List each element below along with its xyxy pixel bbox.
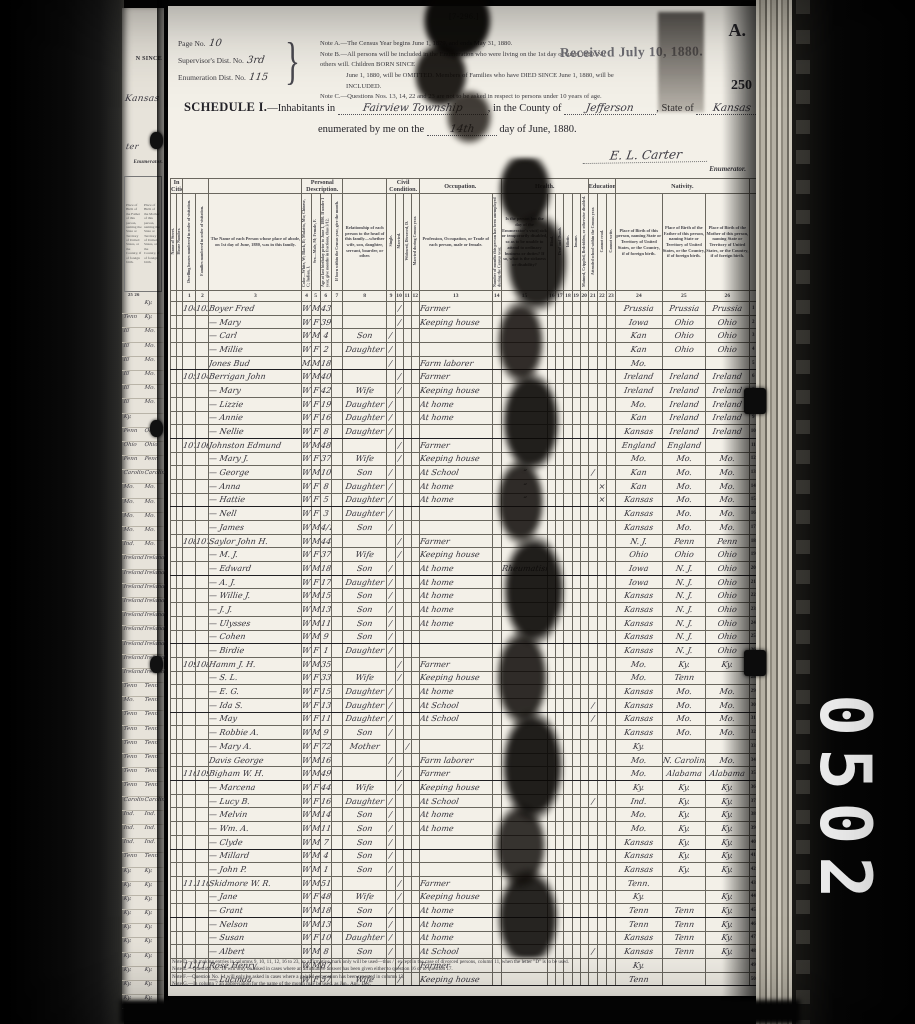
prev-entry: Ind. bbox=[121, 839, 144, 852]
cell-pf: Mo. bbox=[662, 521, 706, 535]
cell-re: Wife bbox=[342, 384, 387, 398]
cell-bm bbox=[331, 781, 342, 795]
cell-sx: M bbox=[311, 904, 320, 918]
cell-cw bbox=[606, 931, 615, 945]
cell-as bbox=[588, 521, 597, 535]
cell-cr: × bbox=[597, 493, 606, 507]
cell-dw bbox=[183, 589, 196, 603]
cell-bm bbox=[331, 507, 342, 521]
cell-nm: — Annie bbox=[209, 411, 302, 425]
cell-dw bbox=[183, 835, 196, 849]
cell-m1: / bbox=[395, 302, 403, 316]
cell-fa bbox=[196, 753, 209, 767]
prev-entry: Penn bbox=[121, 428, 144, 441]
prev-entry: Mo. bbox=[121, 527, 144, 540]
cell-ag: 9 bbox=[320, 630, 331, 644]
cell-bm bbox=[331, 698, 342, 712]
cell-pb: Kansas bbox=[616, 507, 663, 521]
prev-entry: Ky. bbox=[121, 910, 144, 923]
ink-blot-top bbox=[396, 0, 514, 152]
footnote: Note E.—Question No. 18 will only be ask… bbox=[172, 966, 742, 973]
cell-ag: 18 bbox=[320, 356, 331, 370]
cell-nm: Skidmore W. R. bbox=[209, 876, 302, 890]
cell-co: W bbox=[302, 589, 311, 603]
cell-as bbox=[588, 917, 597, 931]
cell-co: W bbox=[302, 644, 311, 658]
cell-fa bbox=[196, 616, 209, 630]
prev-entry: Ireland bbox=[121, 669, 144, 682]
cell-s1: / bbox=[387, 753, 395, 767]
cell-nm: — Hattie bbox=[209, 493, 302, 507]
cell-s1 bbox=[387, 781, 395, 795]
cell-re: Daughter bbox=[342, 479, 387, 493]
cell-bm bbox=[331, 945, 342, 959]
column-group-header: In Cities. bbox=[171, 179, 183, 194]
cell-pb: Kan bbox=[616, 479, 663, 493]
cell-y1 bbox=[411, 479, 419, 493]
cell-fa bbox=[196, 740, 209, 754]
cell-m1: / bbox=[395, 767, 403, 781]
cell-fa bbox=[196, 397, 209, 411]
cell-fa: 108 bbox=[196, 657, 209, 671]
cell-pb: Mo. bbox=[616, 397, 663, 411]
cell-pf bbox=[662, 890, 706, 904]
cell-m1 bbox=[395, 479, 403, 493]
cell-pb: Mo. bbox=[616, 767, 663, 781]
cell-w1 bbox=[403, 575, 411, 589]
cell-pf: N. J. bbox=[662, 630, 706, 644]
cell-re bbox=[342, 315, 387, 329]
cell-m1 bbox=[395, 685, 403, 699]
cell-nm: — Lizzie bbox=[209, 397, 302, 411]
cell-nm: — J. J. bbox=[209, 603, 302, 617]
cell-re: Daughter bbox=[342, 794, 387, 808]
cell-pb: Kansas bbox=[616, 863, 663, 877]
cell-nm: — Cohen bbox=[209, 630, 302, 644]
cell-s1: / bbox=[387, 562, 395, 576]
supervisor-value: 3rd bbox=[246, 55, 265, 66]
cell-s1: / bbox=[387, 493, 395, 507]
cell-fa bbox=[196, 863, 209, 877]
cell-re: Son bbox=[342, 904, 387, 918]
cell-w1 bbox=[403, 534, 411, 548]
cell-cr bbox=[597, 343, 606, 357]
cell-pb: Tenn bbox=[616, 917, 663, 931]
cell-bm bbox=[331, 740, 342, 754]
cell-co: W bbox=[302, 315, 311, 329]
cell-re: Wife bbox=[342, 890, 387, 904]
cell-dw bbox=[183, 425, 196, 439]
cell-cr bbox=[597, 726, 606, 740]
cell-pf: Mo. bbox=[662, 479, 706, 493]
cell-cw bbox=[606, 753, 615, 767]
cell-bm bbox=[331, 343, 342, 357]
prev-entry: Tenn bbox=[121, 683, 144, 696]
cell-co: W bbox=[302, 671, 311, 685]
cell-m1 bbox=[395, 630, 403, 644]
cell-sx: F bbox=[311, 548, 320, 562]
cell-bm bbox=[331, 302, 342, 316]
cell-y1 bbox=[411, 657, 419, 671]
column-header-bm: If born within the Census year, give the… bbox=[331, 194, 342, 291]
cell-sx: M bbox=[311, 753, 320, 767]
cell-as bbox=[588, 493, 597, 507]
cell-co: W bbox=[302, 521, 311, 535]
column-number: 10 bbox=[395, 291, 403, 302]
cell-s1: / bbox=[387, 904, 395, 918]
cell-re: Wife bbox=[342, 548, 387, 562]
cell-bm bbox=[331, 425, 342, 439]
cell-nm: — Jane bbox=[209, 890, 302, 904]
prev-entry: Ill bbox=[121, 343, 144, 356]
cell-pf: Mo. bbox=[662, 452, 706, 466]
cell-as bbox=[588, 411, 597, 425]
cell-s1: / bbox=[387, 397, 395, 411]
cell-w1 bbox=[403, 822, 411, 836]
cell-pf: Mo. bbox=[662, 493, 706, 507]
prev-entry: Tenn bbox=[121, 314, 144, 327]
prev-entry: Ill bbox=[121, 357, 144, 370]
cell-as bbox=[588, 630, 597, 644]
cell-pb: Mo. bbox=[616, 356, 663, 370]
cell-pf bbox=[662, 876, 706, 890]
cell-y1 bbox=[411, 863, 419, 877]
cell-cr bbox=[597, 794, 606, 808]
cell-dw bbox=[183, 671, 196, 685]
cell-dw bbox=[183, 753, 196, 767]
cell-co: W bbox=[302, 876, 311, 890]
cell-co: W bbox=[302, 904, 311, 918]
column-header-pb: Place of Birth of this person, naming St… bbox=[616, 194, 663, 291]
cell-pb: Mo. bbox=[616, 822, 663, 836]
cell-fa bbox=[196, 890, 209, 904]
cell-cr: × bbox=[597, 479, 606, 493]
cell-pf: Tenn bbox=[662, 904, 706, 918]
cell-pf: Ireland bbox=[662, 397, 706, 411]
cell-co: W bbox=[302, 945, 311, 959]
cell-sx: F bbox=[311, 740, 320, 754]
cell-y1 bbox=[411, 493, 419, 507]
cell-bm bbox=[331, 630, 342, 644]
cell-dw bbox=[183, 493, 196, 507]
cell-sx: F bbox=[311, 315, 320, 329]
cell-bm bbox=[331, 671, 342, 685]
cell-re: Daughter bbox=[342, 411, 387, 425]
cell-y1 bbox=[411, 630, 419, 644]
cell-nm: — Anna bbox=[209, 479, 302, 493]
cell-bm bbox=[331, 890, 342, 904]
cell-s1: / bbox=[387, 521, 395, 535]
cell-sx: F bbox=[311, 411, 320, 425]
cell-as bbox=[588, 890, 597, 904]
cell-bm bbox=[331, 466, 342, 480]
cell-ag: 18 bbox=[320, 562, 331, 576]
cell-sx: F bbox=[311, 671, 320, 685]
cell-cw bbox=[606, 534, 615, 548]
cell-as bbox=[588, 438, 597, 452]
cell-dw bbox=[183, 712, 196, 726]
cell-sx: F bbox=[311, 931, 320, 945]
cell-as bbox=[588, 849, 597, 863]
cell-as bbox=[588, 657, 597, 671]
page-no-label: Page No. bbox=[178, 39, 206, 48]
cell-fa bbox=[196, 315, 209, 329]
cell-m1 bbox=[395, 356, 403, 370]
cell-cr bbox=[597, 603, 606, 617]
cell-as bbox=[588, 904, 597, 918]
cell-y1 bbox=[411, 466, 419, 480]
cell-fa bbox=[196, 493, 209, 507]
cell-cw bbox=[606, 835, 615, 849]
prev-column-numbers: 25 26 bbox=[128, 292, 140, 297]
cell-bm bbox=[331, 917, 342, 931]
column-number: 1 bbox=[183, 291, 196, 302]
prev-entry: Ireland bbox=[121, 612, 144, 625]
binding-clip bbox=[150, 656, 163, 673]
cell-dw: 108 bbox=[183, 534, 196, 548]
prev-father-header: Place of Birth of the Father of this per… bbox=[126, 203, 142, 291]
cell-cr bbox=[597, 644, 606, 658]
cell-bm bbox=[331, 452, 342, 466]
cell-as bbox=[588, 315, 597, 329]
cell-co: W bbox=[302, 397, 311, 411]
cell-m1 bbox=[395, 863, 403, 877]
cell-cr bbox=[597, 438, 606, 452]
cell-pb: Kansas bbox=[616, 521, 663, 535]
cell-cr bbox=[597, 712, 606, 726]
cell-pf: Ky. bbox=[662, 822, 706, 836]
cell-bm bbox=[331, 397, 342, 411]
cell-bm bbox=[331, 479, 342, 493]
cell-w1 bbox=[403, 698, 411, 712]
cell-nm: — Nelson bbox=[209, 917, 302, 931]
cell-nm: — Willie J. bbox=[209, 589, 302, 603]
cell-cw bbox=[606, 808, 615, 822]
cell-w1: / bbox=[403, 740, 411, 754]
cell-pf: Ireland bbox=[662, 384, 706, 398]
cell-w1 bbox=[403, 302, 411, 316]
cell-w1 bbox=[403, 384, 411, 398]
column-number: 23 bbox=[606, 291, 615, 302]
cell-nm: — E. G. bbox=[209, 685, 302, 699]
cell-dw bbox=[183, 521, 196, 535]
cell-re bbox=[342, 370, 387, 384]
cell-fa bbox=[196, 507, 209, 521]
cell-as bbox=[588, 781, 597, 795]
cell-nm: — James bbox=[209, 521, 302, 535]
cell-pb: Iowa bbox=[616, 575, 663, 589]
cell-s1 bbox=[387, 548, 395, 562]
cell-sx: F bbox=[311, 712, 320, 726]
cell-cw bbox=[606, 521, 615, 535]
cell-y1 bbox=[411, 329, 419, 343]
cell-s1: / bbox=[387, 425, 395, 439]
cell-cr bbox=[597, 822, 606, 836]
cell-w1 bbox=[403, 863, 411, 877]
cell-m1 bbox=[395, 712, 403, 726]
cell-ag: 44 bbox=[320, 781, 331, 795]
cell-co: W bbox=[302, 562, 311, 576]
cell-dw bbox=[183, 603, 196, 617]
cell-co: W bbox=[302, 493, 311, 507]
cell-cw bbox=[606, 712, 615, 726]
cell-sx: F bbox=[311, 425, 320, 439]
cell-nm: — Ulysses bbox=[209, 616, 302, 630]
cell-s1: / bbox=[387, 466, 395, 480]
cell-as: / bbox=[588, 466, 597, 480]
cell-s1: / bbox=[387, 343, 395, 357]
cell-nm: — Millie bbox=[209, 343, 302, 357]
cell-as bbox=[588, 589, 597, 603]
cell-pf: Mo. bbox=[662, 726, 706, 740]
cell-as bbox=[588, 425, 597, 439]
cell-dw bbox=[183, 575, 196, 589]
cell-y1 bbox=[411, 548, 419, 562]
cell-bm bbox=[331, 562, 342, 576]
cell-re: Son bbox=[342, 835, 387, 849]
cell-w1 bbox=[403, 315, 411, 329]
cell-pb: Kansas bbox=[616, 644, 663, 658]
cell-ag: 16 bbox=[320, 794, 331, 808]
cell-fa bbox=[196, 603, 209, 617]
cell-fa bbox=[196, 822, 209, 836]
cell-co: W bbox=[302, 343, 311, 357]
cell-as bbox=[588, 876, 597, 890]
cell-ag: 7 bbox=[320, 835, 331, 849]
cell-ag: 8 bbox=[320, 479, 331, 493]
cell-bm bbox=[331, 863, 342, 877]
cell-ag: 2 bbox=[320, 343, 331, 357]
cell-cr bbox=[597, 917, 606, 931]
cell-pb: Kansas bbox=[616, 493, 663, 507]
cell-pb: England bbox=[616, 438, 663, 452]
cell-co: W bbox=[302, 438, 311, 452]
cell-y1 bbox=[411, 931, 419, 945]
cell-pb: Ind. bbox=[616, 794, 663, 808]
cell-fa bbox=[196, 425, 209, 439]
cell-co: W bbox=[302, 822, 311, 836]
cell-pf: N. J. bbox=[662, 562, 706, 576]
cell-bm bbox=[331, 685, 342, 699]
cell-nm: — Albert bbox=[209, 945, 302, 959]
cell-ag: 4/12 bbox=[320, 521, 331, 535]
cell-y1 bbox=[411, 521, 419, 535]
cell-ag: 11 bbox=[320, 616, 331, 630]
cell-pf: Tenn bbox=[662, 945, 706, 959]
cell-nm: — Wm. A. bbox=[209, 822, 302, 836]
cell-w1 bbox=[403, 876, 411, 890]
cell-dw bbox=[183, 479, 196, 493]
cell-bm bbox=[331, 521, 342, 535]
schedule-pre: —Inhabitants in bbox=[267, 103, 335, 114]
column-group-header: Personal Description. bbox=[302, 179, 342, 194]
prev-entry: Ky. bbox=[121, 414, 144, 427]
cell-cr bbox=[597, 384, 606, 398]
cell-fa bbox=[196, 521, 209, 535]
cell-m1 bbox=[395, 521, 403, 535]
cell-co: W bbox=[302, 630, 311, 644]
cell-ag: 33 bbox=[320, 671, 331, 685]
cell-re: Daughter bbox=[342, 343, 387, 357]
cell-sx: M bbox=[311, 767, 320, 781]
cell-fa bbox=[196, 931, 209, 945]
prev-entry: Ky. bbox=[121, 967, 144, 980]
cell-dw bbox=[183, 644, 196, 658]
cell-cw bbox=[606, 452, 615, 466]
cell-nm: — John P. bbox=[209, 863, 302, 877]
footnotes: Note D.—In making entries in columns 9, … bbox=[172, 959, 742, 989]
cell-re: Son bbox=[342, 917, 387, 931]
cell-m1 bbox=[395, 945, 403, 959]
cell-w1 bbox=[403, 890, 411, 904]
cell-pf: Penn bbox=[662, 534, 706, 548]
cell-pf bbox=[662, 740, 706, 754]
cell-fa bbox=[196, 904, 209, 918]
cell-co: W bbox=[302, 452, 311, 466]
cell-y1 bbox=[411, 671, 419, 685]
cell-cw bbox=[606, 302, 615, 316]
cell-co: W bbox=[302, 657, 311, 671]
cell-re: Son bbox=[342, 822, 387, 836]
cell-cw bbox=[606, 781, 615, 795]
cell-as: / bbox=[588, 698, 597, 712]
cell-re: Son bbox=[342, 603, 387, 617]
cell-fa: 107 bbox=[196, 534, 209, 548]
cell-pf: England bbox=[662, 438, 706, 452]
cell-cr bbox=[597, 808, 606, 822]
cell-m1: / bbox=[395, 370, 403, 384]
cell-ag: 10 bbox=[320, 931, 331, 945]
cell-bm bbox=[331, 616, 342, 630]
torn-paper-edge bbox=[756, 0, 796, 1024]
cell-pf: Ireland bbox=[662, 411, 706, 425]
cell-cr bbox=[597, 945, 606, 959]
cell-pb: Kansas bbox=[616, 712, 663, 726]
cell-pb: Mo. bbox=[616, 452, 663, 466]
prev-entry bbox=[121, 300, 144, 313]
cell-ag: 9 bbox=[320, 726, 331, 740]
cell-pf: Ky. bbox=[662, 835, 706, 849]
cell-as bbox=[588, 356, 597, 370]
cell-bm bbox=[331, 548, 342, 562]
cell-dw bbox=[183, 726, 196, 740]
cell-m1 bbox=[395, 589, 403, 603]
prev-entry: Ill bbox=[121, 371, 144, 384]
cell-y1 bbox=[411, 794, 419, 808]
cell-nm: — Carl bbox=[209, 329, 302, 343]
cell-y1 bbox=[411, 808, 419, 822]
cell-sx: M bbox=[311, 835, 320, 849]
cell-re bbox=[342, 753, 387, 767]
cell-w1 bbox=[403, 343, 411, 357]
cell-pb: Kansas bbox=[616, 425, 663, 439]
cell-w1 bbox=[403, 507, 411, 521]
cell-y1 bbox=[411, 767, 419, 781]
cell-m1 bbox=[395, 917, 403, 931]
cell-m1 bbox=[395, 562, 403, 576]
cell-as: / bbox=[588, 712, 597, 726]
cell-y1 bbox=[411, 425, 419, 439]
cell-re: Daughter bbox=[342, 493, 387, 507]
cell-as bbox=[588, 931, 597, 945]
cell-dw bbox=[183, 849, 196, 863]
cell-fa: 104 bbox=[196, 370, 209, 384]
column-header-w1: Widowed, Divorced, D. bbox=[403, 194, 411, 291]
cell-w1 bbox=[403, 630, 411, 644]
prev-entry: Ky. bbox=[121, 953, 144, 966]
cell-m1: / bbox=[395, 534, 403, 548]
cell-pb: Kansas bbox=[616, 685, 663, 699]
